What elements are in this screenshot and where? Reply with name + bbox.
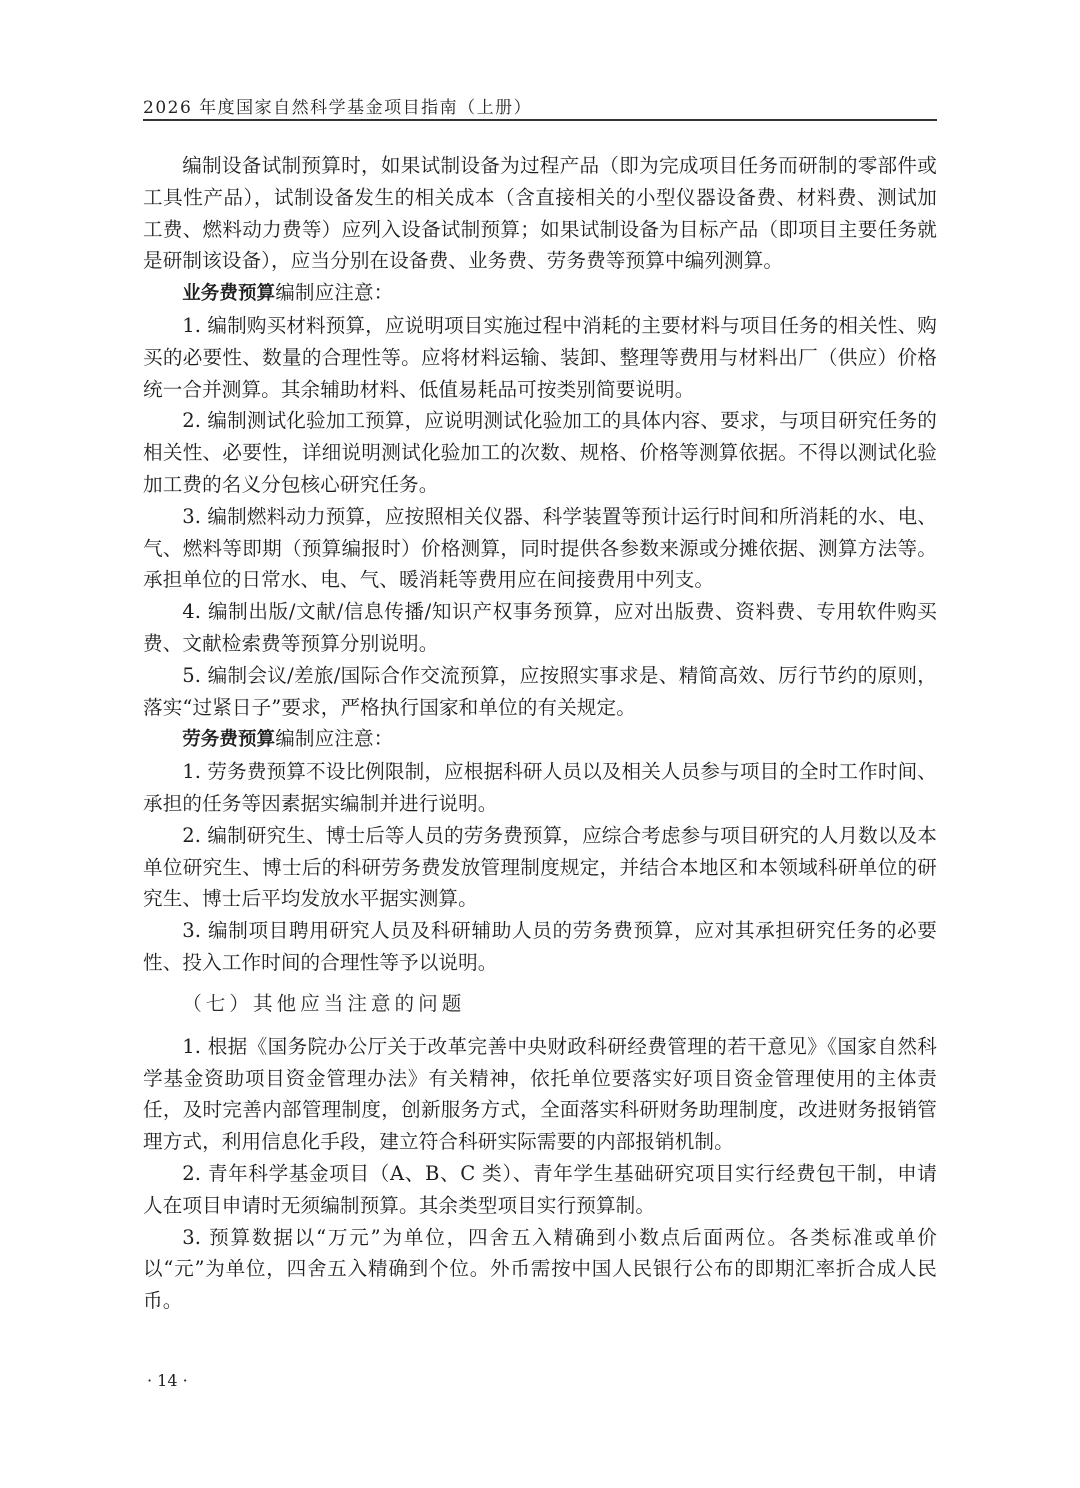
labor-fee-heading: 劳务费预算编制应注意： <box>143 723 937 756</box>
business-fee-heading-bold: 业务费预算 <box>182 283 275 304</box>
business-fee-item-3: 3. 编制燃料动力预算，应按照相关仪器、科学装置等预计运行时间和所消耗的水、电、… <box>143 501 937 596</box>
intro-paragraph: 编制设备试制预算时，如果试制设备为过程产品（即为完成项目任务而研制的零部件或工具… <box>143 150 937 277</box>
business-fee-heading-rest: 编制应注意： <box>275 281 393 304</box>
page-content: 编制设备试制预算时，如果试制设备为过程产品（即为完成项目任务而研制的零部件或工具… <box>143 150 937 1317</box>
section-7-item-1: 1. 根据《国务院办公厅关于改革完善中央财政科研经费管理的若干意见》《国家自然科… <box>143 1031 937 1158</box>
page-number: · 14 · <box>147 1371 188 1390</box>
business-fee-item-5: 5. 编制会议/差旅/国际合作交流预算，应按照实事求是、精简高效、厉行节约的原则… <box>143 660 937 724</box>
business-fee-heading: 业务费预算编制应注意： <box>143 277 937 310</box>
labor-fee-item-1: 1. 劳务费预算不设比例限制，应根据科研人员以及相关人员参与项目的全时工作时间、… <box>143 756 937 820</box>
labor-fee-item-2: 2. 编制研究生、博士后等人员的劳务费预算，应综合考虑参与项目研究的人月数以及本… <box>143 820 937 915</box>
running-header: 2026 年度国家自然科学基金项目指南（上册） <box>143 93 532 118</box>
document-page: 2026 年度国家自然科学基金项目指南（上册） 编制设备试制预算时，如果试制设备… <box>143 0 937 1488</box>
section-7-item-2: 2. 青年科学基金项目（A、B、C 类）、青年学生基础研究项目实行经费包干制，申… <box>143 1158 937 1222</box>
business-fee-item-4: 4. 编制出版/文献/信息传播/知识产权事务预算，应对出版费、资料费、专用软件购… <box>143 596 937 660</box>
header-rule <box>143 119 937 121</box>
business-fee-item-2: 2. 编制测试化验加工预算，应说明测试化验加工的具体内容、要求，与项目研究任务的… <box>143 405 937 500</box>
section-7-heading: （七）其他应当注意的问题 <box>143 989 937 1019</box>
business-fee-item-1: 1. 编制购买材料预算，应说明项目实施过程中消耗的主要材料与项目任务的相关性、购… <box>143 310 937 405</box>
section-7-item-3: 3. 预算数据以“万元”为单位，四舍五入精确到小数点后面两位。各类标准或单价以“… <box>143 1222 937 1317</box>
labor-fee-heading-bold: 劳务费预算 <box>182 729 275 750</box>
labor-fee-heading-rest: 编制应注意： <box>275 727 393 750</box>
labor-fee-item-3: 3. 编制项目聘用研究人员及科研辅助人员的劳务费预算，应对其承担研究任务的必要性… <box>143 915 937 979</box>
